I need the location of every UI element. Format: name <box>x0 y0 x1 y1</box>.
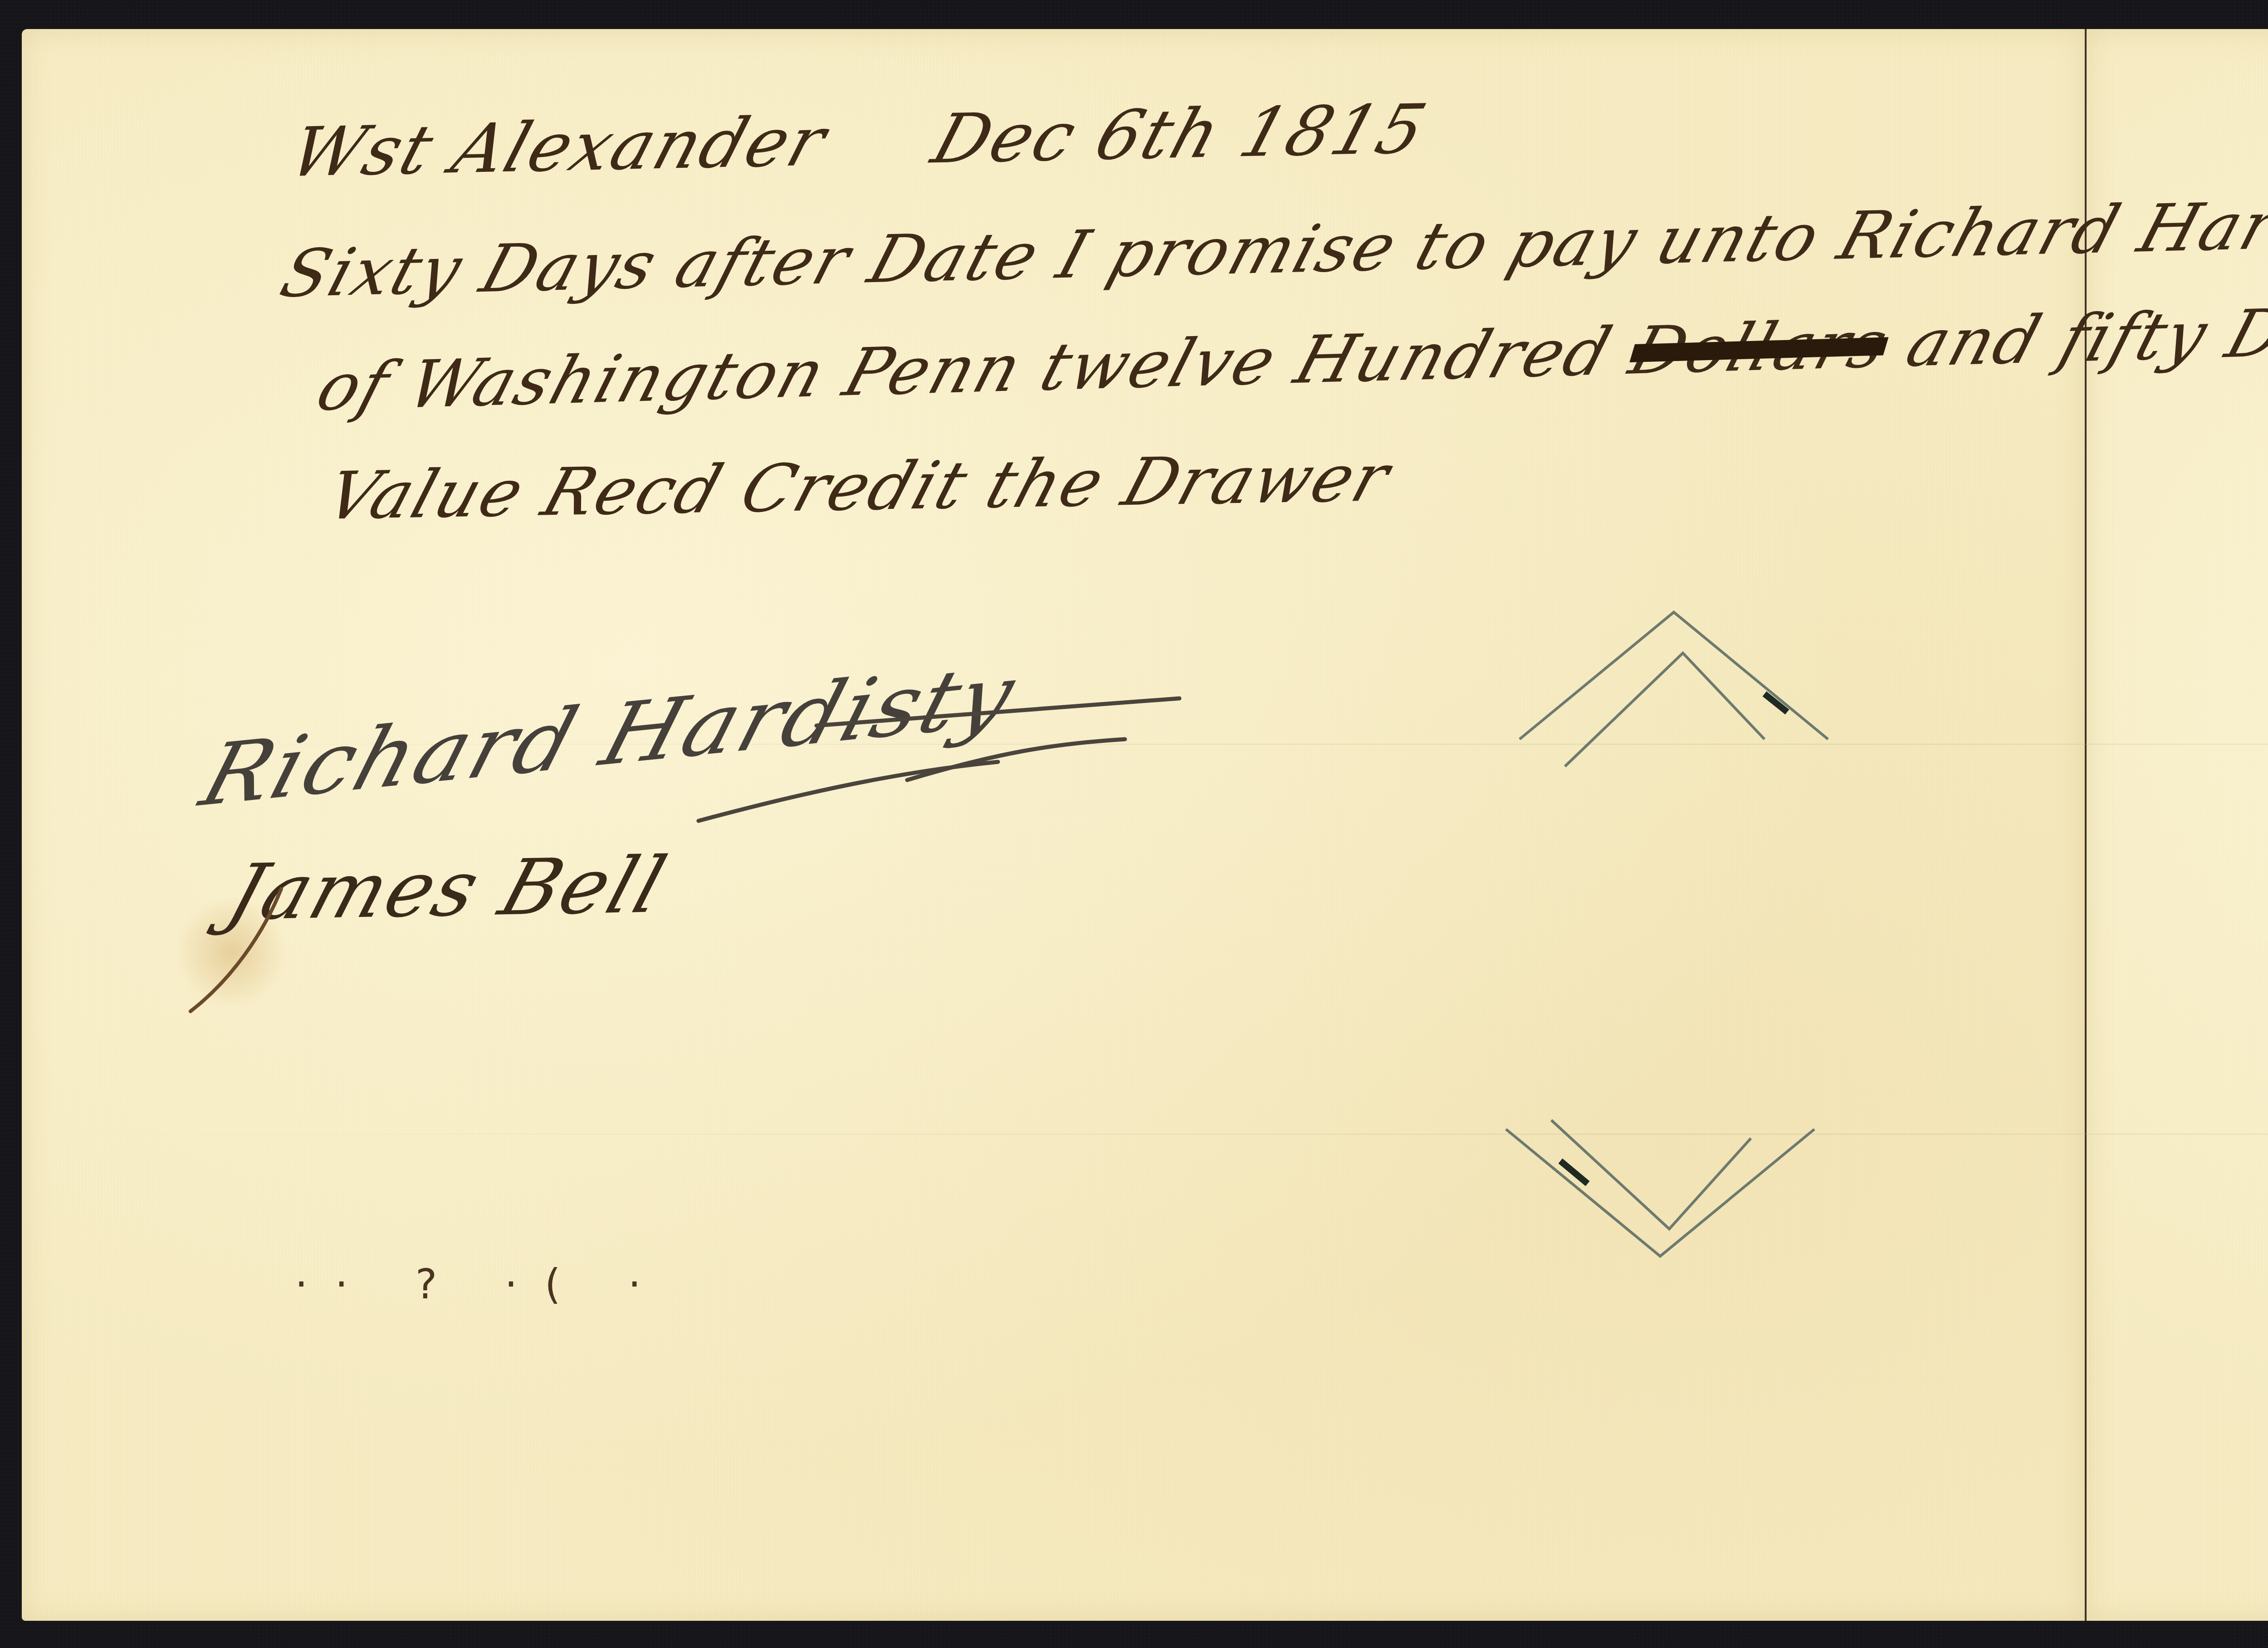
signature-flourish <box>172 862 308 1034</box>
horizontal-fold <box>22 1134 2268 1135</box>
cancellation-cut-mark <box>1497 1111 1860 1283</box>
place: Wst Alexander <box>281 102 836 192</box>
signature-flourish <box>680 671 1270 853</box>
cancellation-cut-mark <box>1510 603 1873 775</box>
struck-word: Dollars <box>1621 306 1897 389</box>
date: Dec 6th 1815 <box>924 90 1436 179</box>
ink-marks: ·· ? ·( · <box>295 1261 668 1308</box>
